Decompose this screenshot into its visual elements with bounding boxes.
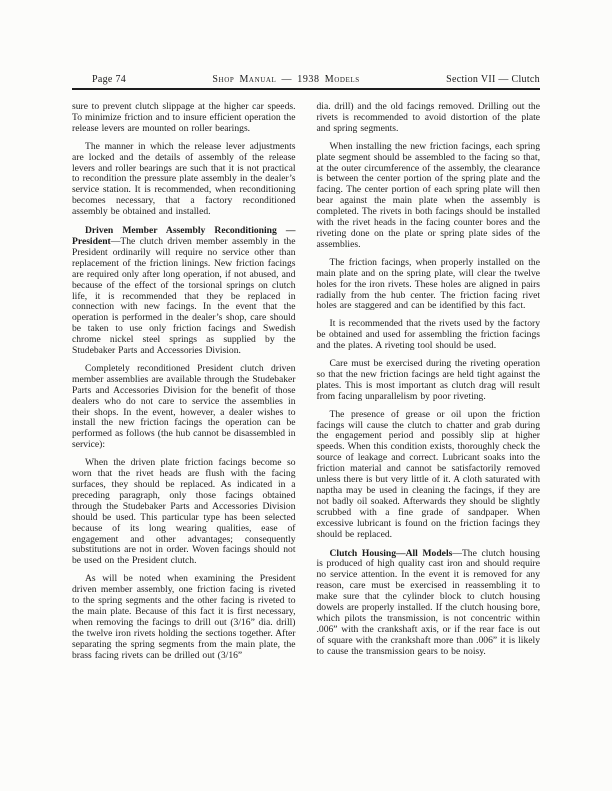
paragraph-text: The friction facings, when properly inst…: [317, 257, 541, 312]
paragraph-text: sure to prevent clutch slippage at the h…: [72, 101, 296, 134]
paragraph: The friction facings, when properly inst…: [317, 258, 541, 313]
paragraph-text: —The clutch driven member assembly in th…: [72, 236, 296, 356]
paragraph-text: When the driven plate friction facings b…: [72, 457, 296, 566]
paragraph-text: As will be noted when examining the Pres…: [72, 573, 296, 660]
column-left: sure to prevent clutch slippage at the h…: [72, 102, 296, 669]
paragraph: The presence of grease or oil upon the f…: [317, 410, 541, 541]
section-label: Section VII — Clutch: [446, 74, 540, 85]
paragraph: sure to prevent clutch slippage at the h…: [72, 102, 296, 135]
paragraph-text: The manner in which the release lever ad…: [72, 141, 296, 217]
text-columns: sure to prevent clutch slippage at the h…: [72, 102, 540, 669]
paragraph: As will be noted when examining the Pres…: [72, 574, 296, 661]
manual-page: Page 74 Shop Manual — 1938 Models Sectio…: [0, 0, 612, 791]
paragraph: Care must be exercised during the riveti…: [317, 359, 541, 403]
paragraph: Completely reconditioned President clutc…: [72, 364, 296, 451]
paragraph-text: It is recommended that the rivets used b…: [317, 318, 541, 351]
paragraph-text: The presence of grease or oil upon the f…: [317, 409, 541, 540]
paragraph-text: When installing the new friction facings…: [317, 141, 541, 250]
paragraph: When the driven plate friction facings b…: [72, 458, 296, 567]
manual-title: Shop Manual — 1938 Models: [212, 74, 359, 85]
paragraph-text: dia. drill) and the old facings removed.…: [317, 101, 541, 134]
column-right: dia. drill) and the old facings removed.…: [317, 102, 541, 669]
paragraph: Driven Member Assembly Reconditioning — …: [72, 226, 296, 357]
paragraph: When installing the new friction facings…: [317, 142, 541, 251]
paragraph-heading: Clutch Housing—All Models: [330, 548, 453, 559]
paragraph: It is recommended that the rivets used b…: [317, 319, 541, 352]
header-rule-divider: [72, 88, 540, 90]
paragraph: The manner in which the release lever ad…: [72, 142, 296, 218]
paragraph: Clutch Housing—All Models—The clutch hou…: [317, 549, 541, 658]
paragraph: dia. drill) and the old facings removed.…: [317, 102, 541, 135]
running-header: Page 74 Shop Manual — 1938 Models Sectio…: [72, 74, 540, 85]
paragraph-text: —The clutch housing is produced of high …: [317, 548, 541, 657]
page-number-label: Page 74: [72, 74, 126, 85]
paragraph-text: Completely reconditioned President clutc…: [72, 363, 296, 450]
paragraph-text: Care must be exercised during the riveti…: [317, 358, 541, 402]
